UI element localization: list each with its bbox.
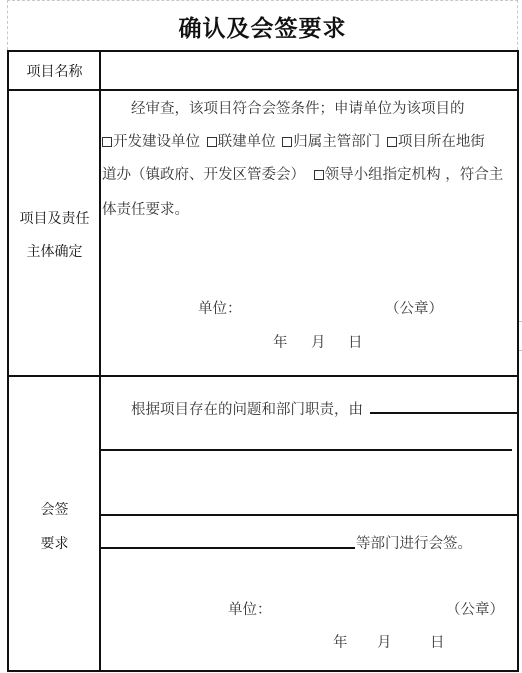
project-name-label: 项目名称: [8, 61, 101, 81]
countersign-label-line2: 要求: [8, 533, 101, 553]
responsibility-year: 年: [273, 331, 288, 352]
countersign-unit-field[interactable]: [275, 596, 440, 618]
countersign-suffix: 等部门进行会签。: [356, 532, 472, 553]
responsibility-month: 月: [311, 331, 326, 352]
project-name-field[interactable]: [102, 52, 516, 88]
option-supervising-dept-label: 归属主管部门: [293, 134, 380, 150]
option-joint-builder-label: 联建单位: [218, 134, 276, 150]
countersign-year: 年: [333, 631, 348, 652]
checkbox-local-office[interactable]: [387, 137, 397, 147]
checkbox-joint-builder[interactable]: [207, 137, 217, 147]
column-divider: [99, 50, 101, 672]
option-developer-label: 开发建设单位: [113, 134, 200, 150]
countersign-label-line1: 会签: [8, 499, 101, 519]
responsibility-unit-label: 单位：: [198, 297, 242, 318]
countersign-dept-blank-2[interactable]: [101, 449, 512, 451]
checkbox-leading-group[interactable]: [314, 170, 324, 180]
responsibility-conclusion: 体责任要求。: [102, 198, 189, 219]
countersign-day: 日: [430, 631, 445, 652]
option-leading-group-label: 领导小组指定机构 ，符合主: [325, 167, 504, 183]
row-divider-2: [7, 375, 519, 377]
responsibility-label-line2: 主体确定: [8, 241, 101, 261]
options-line: 开发建设单位 联建单位 归属主管部门 项目所在地街: [102, 130, 485, 151]
responsibility-day: 日: [348, 331, 363, 352]
option-local-office-label: 项目所在地街: [398, 134, 485, 150]
responsibility-unit-field[interactable]: [245, 295, 385, 317]
responsibility-label-line1: 项目及责任: [8, 208, 101, 228]
countersign-unit-label: 单位：: [228, 598, 272, 619]
countersign-seal: （公章）: [446, 598, 504, 619]
row-divider-1: [7, 89, 519, 91]
countersign-intro: 根据项目存在的问题和部门职责，由: [131, 398, 363, 419]
countersign-dept-blank-4[interactable]: [101, 547, 355, 549]
responsibility-seal: （公章）: [385, 297, 443, 318]
countersign-month: 月: [377, 631, 392, 652]
countersign-dept-blank-3[interactable]: [101, 514, 518, 516]
countersign-dept-blank-1[interactable]: [370, 412, 518, 414]
checkbox-developer[interactable]: [102, 137, 112, 147]
checkbox-supervising-dept[interactable]: [282, 137, 292, 147]
title-area: 确认及会签要求: [7, 0, 518, 50]
page-title: 确认及会签要求: [8, 10, 517, 43]
options-line-2: 道办（镇政府、开发区管委会） 领导小组指定机构 ，符合主: [102, 163, 503, 184]
option-local-office-label-cont: 道办（镇政府、开发区管委会）: [102, 167, 305, 183]
responsibility-intro: 经审查，该项目符合会签条件；申请单位为该项目的: [131, 97, 465, 118]
